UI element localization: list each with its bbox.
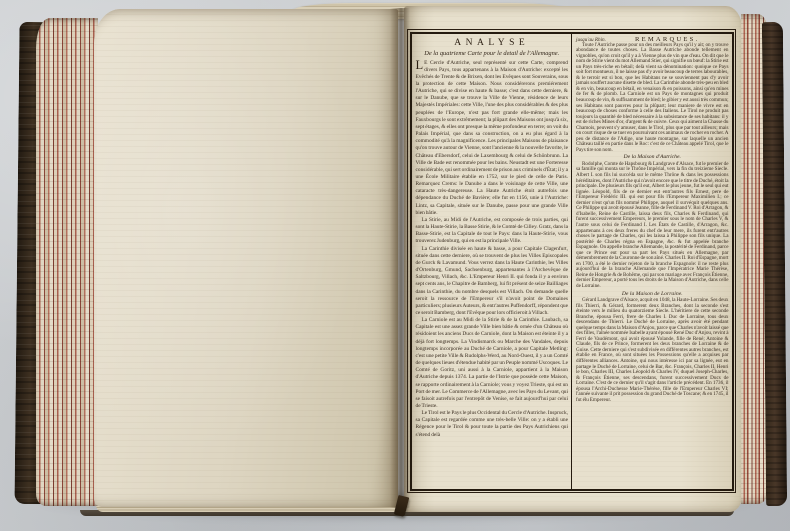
page-border-frame-inner: ANALYSE De la quatrieme Carte pour le de… [410,32,734,491]
page-subtitle: De la quatrieme Carte pour le detail de … [416,50,569,57]
photo-background: ANALYSE De la quatrieme Carte pour le de… [0,0,790,531]
remarques-column: jusqu'au Rhin. REMARQUES. Toute l'Autric… [572,34,732,489]
paragraph: LE Cercle d'Autriche, seul représenté su… [416,60,569,217]
right-cover-edge [762,22,787,506]
left-page-edges [36,18,98,506]
right-text-page: ANALYSE De la quatrieme Carte pour le de… [404,6,742,512]
paragraph: Gérard Landgrave d'Alsace, acquit en 104… [576,298,729,403]
paragraph: La Carinthie divisée en haute & basse, a… [416,246,569,318]
analyse-column: ANALYSE De la quatrieme Carte pour le de… [412,34,572,489]
paragraph: Toute l'Autriche passe pour un des meill… [576,43,729,154]
paragraph: La Stirie, au Midi de l'Autriche, est co… [416,217,569,246]
drop-cap: L [416,60,425,71]
page-title: ANALYSE [416,38,569,48]
open-book: ANALYSE De la quatrieme Carte pour le de… [0,0,790,531]
paragraph: Rodolphe, Comte de Hapsbourg & Landgrave… [576,162,729,290]
paragraph-text: E Cercle d'Autriche, seul représenté sur… [416,60,569,216]
gutter-shadow [390,8,410,508]
paragraph: La Carniole est au Midi de la Stirie & d… [416,317,569,410]
page-border-frame: ANALYSE De la quatrieme Carte pour le de… [407,29,736,493]
left-blank-page [94,9,398,507]
paragraph: Le Tirol est le Pays le plus Occidental … [416,410,569,439]
